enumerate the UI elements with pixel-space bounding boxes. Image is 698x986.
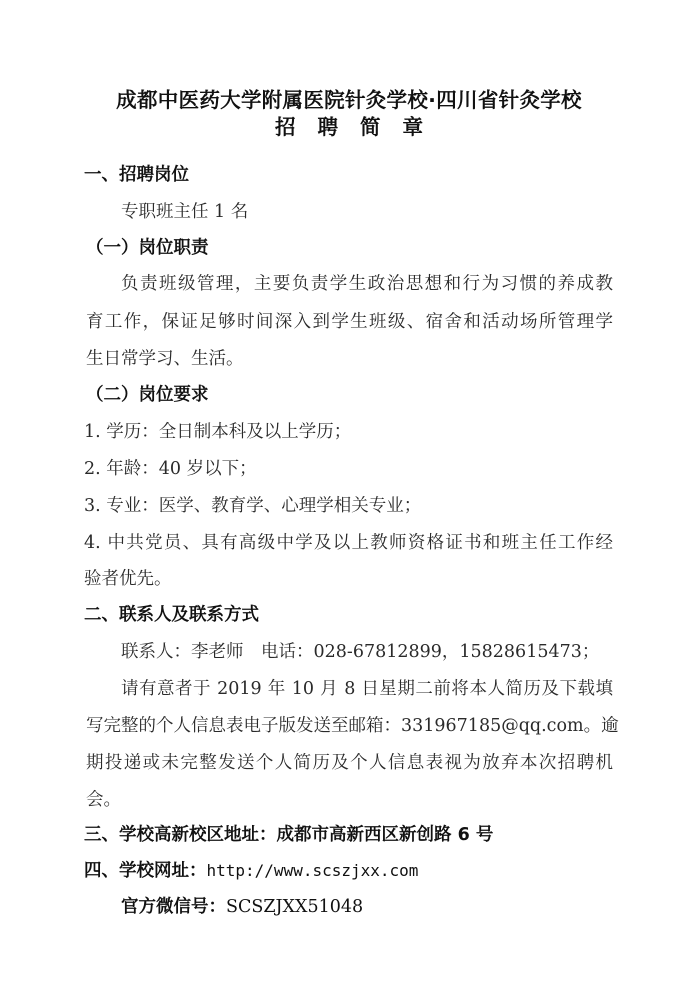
subsection-heading-requirements: （二）岗位要求 [86, 383, 209, 407]
website-label: 四、学校网址： [84, 861, 207, 881]
duties-paragraph-line: 负责班级管理，主要负责学生政治思想和行为习惯的养成教 [121, 272, 613, 296]
requirement-item: 4. 中共党员、具有高级中学及以上教师资格证书和班主任工作经 [84, 531, 613, 555]
requirement-item: 1. 学历：全日制本科及以上学历； [84, 420, 351, 444]
application-line: 会。 [86, 788, 121, 812]
website-link[interactable]: http://www.scszjxx.com [207, 861, 419, 880]
document-page: 成都中医药大学附属医院针灸学校·四川省针灸学校 招聘简章 一、招聘岗位 专职班主… [0, 0, 698, 986]
section-heading-recruitment-position: 一、招聘岗位 [84, 163, 189, 187]
application-text: 写完整的个人信息表电子版发送至邮箱： [86, 716, 401, 736]
section-heading-website: 四、学校网址：http://www.scszjxx.com [84, 859, 418, 883]
position-text: 专职班主任 1 名 [121, 200, 248, 224]
contact-line: 联系人：李老师 电话：028-67812899，15828615473； [121, 640, 599, 664]
email-link[interactable]: 331967185@qq.com [401, 716, 584, 736]
application-line: 请有意者于 2019 年 10 月 8 日星期二前将本人简历及下载填 [121, 677, 613, 701]
duties-paragraph-line: 生日常学习、生活。 [86, 347, 244, 371]
address-value: 成都市高新西区新创路 6 号 [277, 825, 494, 845]
requirement-item: 2. 年龄：40 岁以下； [84, 457, 257, 481]
document-title: 成都中医药大学附属医院针灸学校·四川省针灸学校 [0, 86, 698, 114]
application-line: 期投递或未完整发送个人简历及个人信息表视为放弃本次招聘机 [86, 751, 613, 775]
application-line: 写完整的个人信息表电子版发送至邮箱：331967185@qq.com。逾 [86, 714, 619, 738]
application-text: 。逾 [584, 716, 619, 736]
section-heading-contact: 二、联系人及联系方式 [84, 603, 259, 627]
wechat-label: 官方微信号： [121, 897, 226, 917]
wechat-id: SCSZJXX51048 [226, 897, 363, 917]
requirement-item: 3. 专业：医学、教育学、心理学相关专业； [84, 494, 421, 518]
section-heading-address: 三、学校高新校区地址：成都市高新西区新创路 6 号 [84, 823, 493, 847]
duties-paragraph-line: 育工作，保证足够时间深入到学生班级、宿舍和活动场所管理学 [86, 310, 613, 334]
requirement-item-continued: 验者优先。 [84, 567, 172, 591]
subsection-heading-duties: （一）岗位职责 [86, 236, 209, 260]
wechat-line: 官方微信号：SCSZJXX51048 [121, 895, 363, 919]
document-subtitle: 招聘简章 [0, 113, 698, 141]
address-label: 三、学校高新校区地址： [84, 825, 277, 845]
